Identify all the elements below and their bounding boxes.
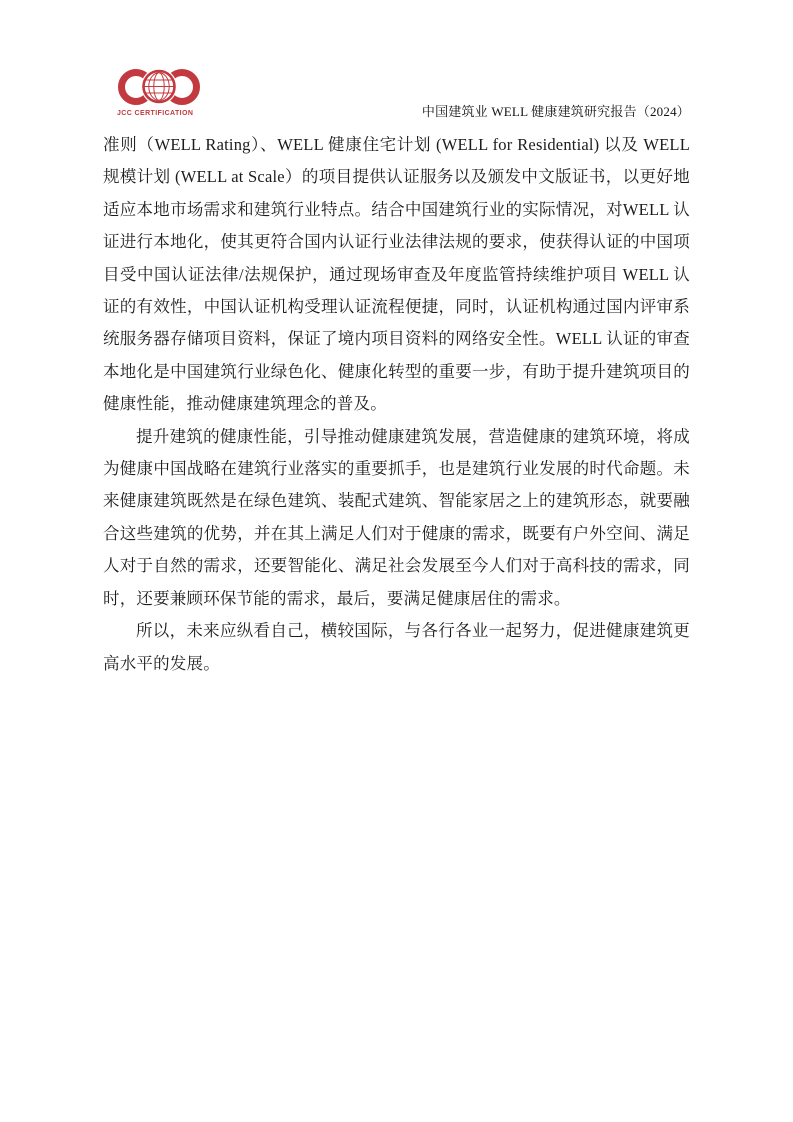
jcc-logo: JCC CERTIFICATION: [117, 68, 201, 117]
paragraph-3: 所以，未来应纵看自己，横较国际，与各行各业一起努力，促进健康建筑更高水平的发展。: [103, 615, 690, 680]
report-header-title: 中国建筑业 WELL 健康建筑研究报告（2024）: [422, 101, 690, 120]
logo-caption: JCC CERTIFICATION: [117, 110, 201, 117]
paragraph-1: 准则（WELL Rating）、WELL 健康住宅计划 (WELL for Re…: [103, 129, 690, 421]
three-rings-globe-icon: [117, 68, 201, 108]
document-page: JCC CERTIFICATION 中国建筑业 WELL 健康建筑研究报告（20…: [0, 0, 793, 1122]
paragraph-2: 提升建筑的健康性能，引导推动健康建筑发展，营造健康的建筑环境，将成为健康中国战略…: [103, 421, 690, 615]
body-text-block: 准则（WELL Rating）、WELL 健康住宅计划 (WELL for Re…: [103, 129, 690, 680]
